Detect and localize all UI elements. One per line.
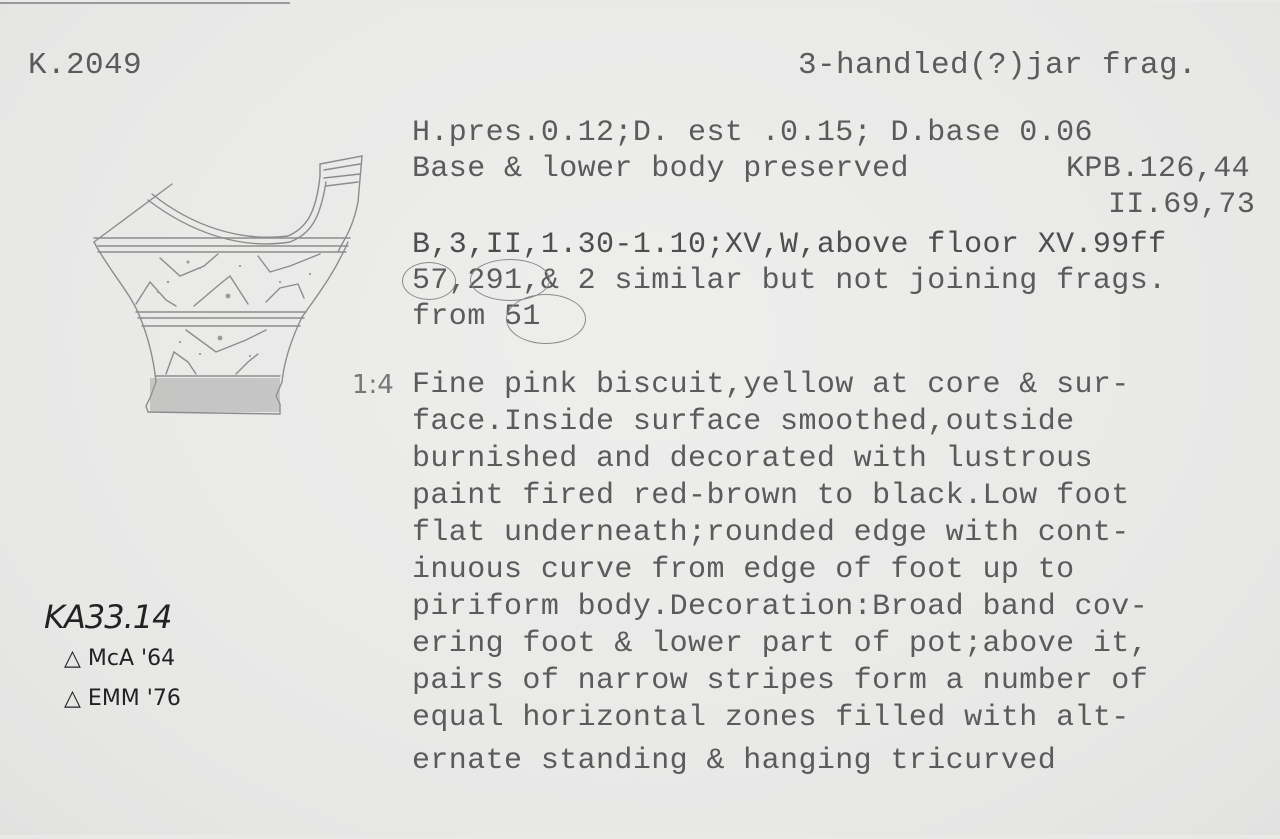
findspot-line: B,3,II,1.30-1.10;XV,W,above floor XV.99f… [412,228,1167,262]
circled-number-51 [506,294,586,344]
description-line: ernate standing & hanging tricurved [412,744,1056,778]
reference-volume: II.69,73 [1108,188,1255,222]
reference-kpb: KPB.126,44 [1066,152,1250,186]
handwritten-note-emm: △ EMM '76 [64,686,181,711]
description-line: paint fired red-brown to black.Low foot [412,479,1130,513]
description-line: pairs of narrow stripes form a number of [412,664,1148,698]
description-line: inuous curve from edge of foot up to [412,553,1075,587]
description-line: flat underneath;rounded edge with cont- [412,516,1130,550]
preservation-line: Base & lower body preserved [412,152,909,186]
description-line: piriform body.Decoration:Broad band cov- [412,590,1148,624]
jar-drawing [80,142,380,432]
description-line: equal horizontal zones filled with alt- [412,701,1130,735]
object-title: 3-handled(?)jar frag. [798,48,1197,83]
description-line: burnished and decorated with lustrous [412,442,1093,476]
catalog-card: K.2049 3-handled(?)jar frag. H.pres.0.12… [0,2,1280,835]
description-line: ering foot & lower part of pot;above it, [412,627,1148,661]
dimensions-line: H.pres.0.12;D. est .0.15; D.base 0.06 [412,116,1093,150]
description-line: face.Inside surface smoothed,outside [412,405,1075,439]
circled-number-57 [402,262,456,300]
catalog-number: K.2049 [28,48,142,83]
handwritten-note-mca: △ McA '64 [64,646,175,671]
description-line: Fine pink biscuit,yellow at core & sur- [412,368,1130,402]
handwritten-inventory-number: KA33.14 [44,598,171,636]
